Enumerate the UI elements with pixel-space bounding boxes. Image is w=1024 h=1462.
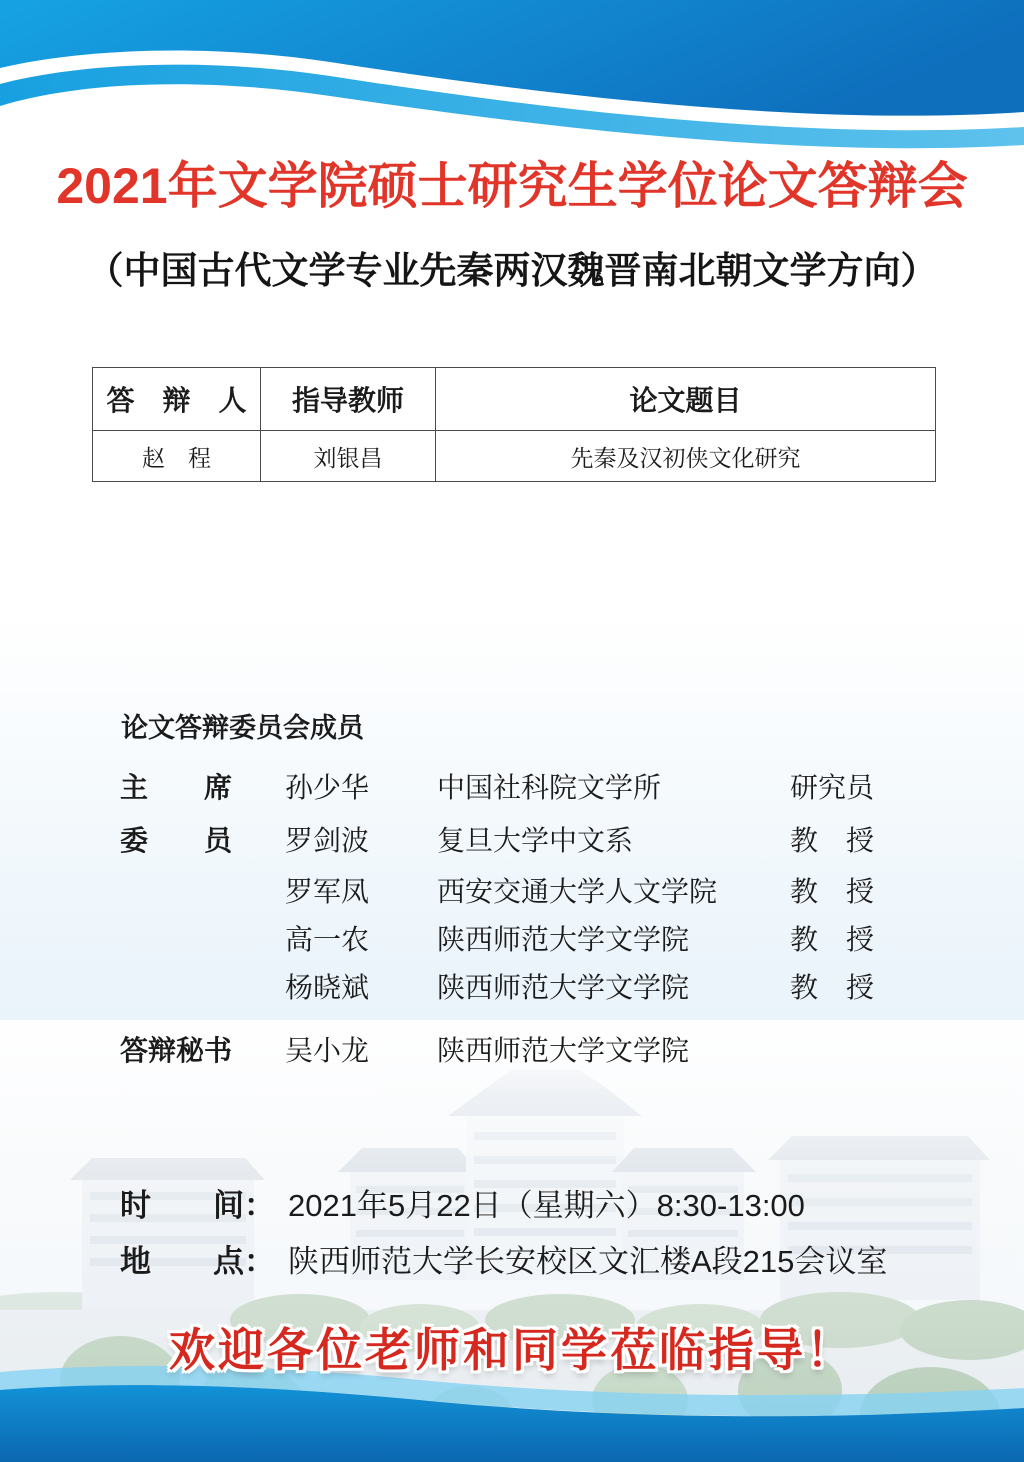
committee-row-member: 杨晓斌 陕西师范大学文学院 教 授 [120, 966, 920, 1006]
member-title: 教 授 [790, 870, 920, 910]
thesis-table: 答 辩 人 指导教师 论文题目 赵 程 刘银昌 先秦及汉初侠文化研究 [92, 367, 936, 482]
member-name: 罗军凤 [285, 870, 437, 910]
welcome-message: 欢迎各位老师和同学莅临指导！ [0, 1314, 1024, 1380]
poster-subtitle: （中国古代文学专业先秦两汉魏晋南北朝文学方向） [0, 240, 1024, 294]
thesis-table-header-row: 答 辩 人 指导教师 论文题目 [93, 368, 936, 431]
location-value: 陕西师范大学长安校区文汇楼A段215会议室 [288, 1236, 940, 1281]
location-label: 地 点： [120, 1236, 288, 1281]
committee-row-chair: 主 席 孙少华 中国社科院文学所 研究员 [120, 766, 920, 806]
committee-heading: 论文答辩委员会成员 [121, 706, 364, 745]
schedule-time-row: 时 间： 2021年5月22日（星期六）8:30-13:00 [120, 1180, 940, 1225]
member-affiliation: 陕西师范大学文学院 [437, 918, 790, 958]
member-name: 罗剑波 [285, 819, 437, 859]
poster-title: 2021年文学院硕士研究生学位论文答辩会 [0, 146, 1024, 218]
cell-defender-name: 赵 程 [93, 431, 261, 482]
cell-thesis-title: 先秦及汉初侠文化研究 [436, 431, 936, 482]
member-title: 教 授 [790, 966, 920, 1006]
cell-advisor-name: 刘银昌 [261, 431, 436, 482]
member-title: 教 授 [790, 819, 920, 859]
committee-row-secretary: 答辩秘书 吴小龙 陕西师范大学文学院 [120, 1029, 920, 1069]
member-affiliation: 复旦大学中文系 [437, 819, 790, 859]
committee-row-member: 高一农 陕西师范大学文学院 教 授 [120, 918, 920, 958]
time-label: 时 间： [120, 1180, 288, 1225]
table-row: 赵 程 刘银昌 先秦及汉初侠文化研究 [93, 431, 936, 482]
member-role: 主 席 [120, 766, 285, 806]
member-title: 研究员 [790, 766, 920, 806]
secretary-name: 吴小龙 [285, 1029, 437, 1069]
member-affiliation: 中国社科院文学所 [437, 766, 790, 806]
member-affiliation: 西安交通大学人文学院 [437, 870, 790, 910]
member-name: 高一农 [285, 918, 437, 958]
committee-row-member: 罗军凤 西安交通大学人文学院 教 授 [120, 870, 920, 910]
member-affiliation: 陕西师范大学文学院 [437, 966, 790, 1006]
committee-row-member: 委 员 罗剑波 复旦大学中文系 教 授 [120, 819, 920, 859]
time-value: 2021年5月22日（星期六）8:30-13:00 [288, 1180, 940, 1225]
member-role: 委 员 [120, 819, 285, 859]
member-title: 教 授 [790, 918, 920, 958]
header-advisor: 指导教师 [261, 368, 436, 431]
member-name: 孙少华 [285, 766, 437, 806]
secretary-role: 答辩秘书 [120, 1029, 285, 1069]
schedule-location-row: 地 点： 陕西师范大学长安校区文汇楼A段215会议室 [120, 1236, 940, 1281]
member-name: 杨晓斌 [285, 966, 437, 1006]
header-defender: 答 辩 人 [93, 368, 261, 431]
secretary-affiliation: 陕西师范大学文学院 [437, 1029, 790, 1069]
header-thesis-title: 论文题目 [436, 368, 936, 431]
